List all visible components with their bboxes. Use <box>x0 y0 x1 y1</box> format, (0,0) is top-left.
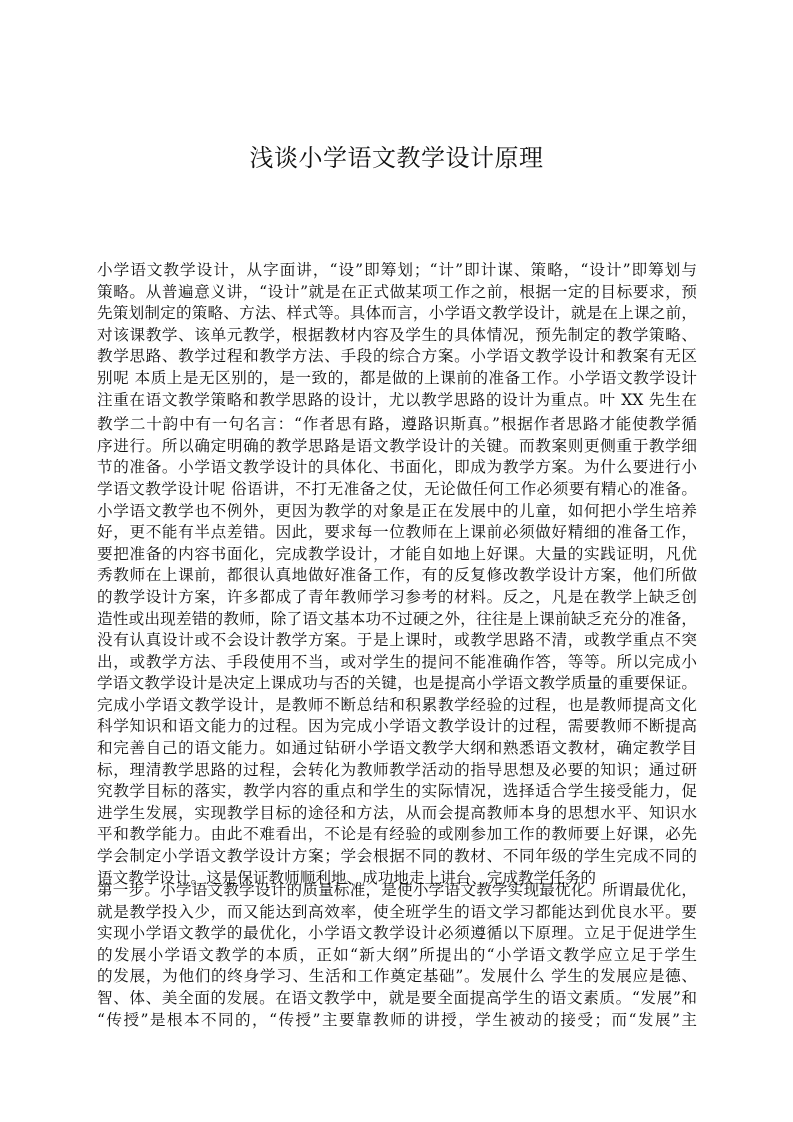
text-line: 就是教学投入少，而又能达到高效率，使全班学生的语文学习都能达到优良水平。要 <box>97 902 697 924</box>
text-line: 和完善自己的语文能力。如通过钻研小学语文教学大纲和熟悉语文教材，确定教学目 <box>97 738 697 760</box>
text-line: 学会制定小学语文教学设计方案；学会根据不同的教材、不同年级的学生完成不同的 <box>97 846 697 868</box>
text-line: 造性或出现差错的教师，除了语文基本功不过硬之外，往往是上课前缺乏充分的准备， <box>97 609 697 631</box>
text-line: 的教学设计方案，许多都成了青年教师学习参考的材料。反之，凡是在教学上缺乏创 <box>97 587 697 609</box>
text-line: 小学语文教学设计，从字面讲，“设”即筹划；“计”即计谋、策略，“设计”即筹划与 <box>97 260 697 282</box>
text-line: 要把准备的内容书面化，完成教学设计，才能自如地上好课。大量的实践证明，凡优 <box>97 544 697 566</box>
paragraph-2: 第一步。小学语文教学设计的质量标准，是使小学语文教学实现最优化。所谓最优化，就是… <box>97 880 697 1031</box>
text-line: 完成小学语文教学设计，是教师不断总结和积累教学经验的过程，也是教师提高文化 <box>97 695 697 717</box>
text-line: 教学二十韵中有一句名言：“作者思有路，遵路识斯真。”根据作者思路才能使教学循 <box>97 414 697 436</box>
text-line: 策略。从普遍意义讲，“设计”就是在正式做某项工作之前，根据一定的目标要求，预 <box>97 282 697 304</box>
document-page: 浅谈小学语文教学设计原理 小学语文教学设计，从字面讲，“设”即筹划；“计”即计谋… <box>0 0 793 1122</box>
text-line: 学语文教学设计是决定上课成功与否的关键，也是提高小学语文教学质量的重要保证。 <box>97 673 697 695</box>
text-line: 出，或教学方法、手段使用不当，或对学生的提问不能准确作答，等等。所以完成小 <box>97 652 697 674</box>
text-line: 小学语文教学也不例外，更因为教学的对象是正在发展中的儿童，如何把小学生培养 <box>97 501 697 523</box>
text-line: 注重在语文教学策略和教学思路的设计，尤以教学思路的设计为重点。叶 XX 先生在 <box>97 390 697 412</box>
text-line: 节的准备。小学语文教学设计的具体化、书面化，即成为教学方案。为什么要进行小 <box>97 457 697 479</box>
text-line: 实现小学语文教学的最优化，小学语文教学设计必须遵循以下原理。立足于促进学生 <box>97 923 697 945</box>
text-line: 究教学目标的落实，教学内容的重点和学生的实际情况，选择适合学生接受能力，促 <box>97 781 697 803</box>
text-line: 没有认真设计或不会设计教学方案。于是上课时，或教学思路不清，或教学重点不突 <box>97 630 697 652</box>
text-line: 平和教学能力。由此不难看出，不论是有经验的或刚参加工作的教师要上好课，必先 <box>97 824 697 846</box>
text-line: 教学思路、教学过程和教学方法、手段的综合方案。小学语文教学设计和教案有无区 <box>97 346 697 368</box>
text-line: 的发展，为他们的终身学习、生活和工作奠定基础”。发展什么 学生的发展应是德、 <box>97 966 697 988</box>
text-line: 第一步。小学语文教学设计的质量标准，是使小学语文教学实现最优化。所谓最优化， <box>97 880 697 902</box>
document-title: 浅谈小学语文教学设计原理 <box>0 138 793 173</box>
text-line: 先策划制定的策略、方法、样式等。具体而言，小学语文教学设计，就是在上课之前， <box>97 303 697 325</box>
text-line: “传授”是根本不同的，“传授”主要靠教师的讲授，学生被动的接受；而“发展”主 <box>97 1010 697 1032</box>
text-line: 的发展小学语文教学的本质，正如“新大纲”所提出的“小学语文教学应立足于学生 <box>97 945 697 967</box>
text-line: 别呢 本质上是无区别的，是一致的，都是做的上课前的准备工作。小学语文教学设计 <box>97 368 697 390</box>
text-line: 对该课教学、该单元教学，根据教材内容及学生的具体情况，预先制定的教学策略、 <box>97 325 697 347</box>
text-line: 标，理清教学思路的过程，会转化为教师教学活动的指导思想及必要的知识；通过研 <box>97 760 697 782</box>
text-line: 序进行。所以确定明确的教学思路是语文教学设计的关键。而教案则更侧重于教学细 <box>97 436 697 458</box>
text-line: 学语文教学设计呢 俗语讲，不打无准备之仗，无论做任何工作必须要有精心的准备。 <box>97 479 697 501</box>
paragraph-1: 小学语文教学设计，从字面讲，“设”即筹划；“计”即计谋、策略，“设计”即筹划与策… <box>97 260 697 889</box>
text-line: 科学知识和语文能力的过程。因为完成小学语文教学设计的过程，需要教师不断提高 <box>97 716 697 738</box>
text-line: 智、体、美全面的发展。在语文教学中，就是要全面提高学生的语文素质。“发展”和 <box>97 988 697 1010</box>
text-line: 进学生发展，实现教学目标的途径和方法，从而会提高教师本身的思想水平、知识水 <box>97 803 697 825</box>
text-line: 好，更不能有半点差错。因此，要求每一位教师在上课前必须做好精细的准备工作， <box>97 522 697 544</box>
text-line: 秀教师在上课前，都很认真地做好准备工作，有的反复修改教学设计方案，他们所做 <box>97 565 697 587</box>
